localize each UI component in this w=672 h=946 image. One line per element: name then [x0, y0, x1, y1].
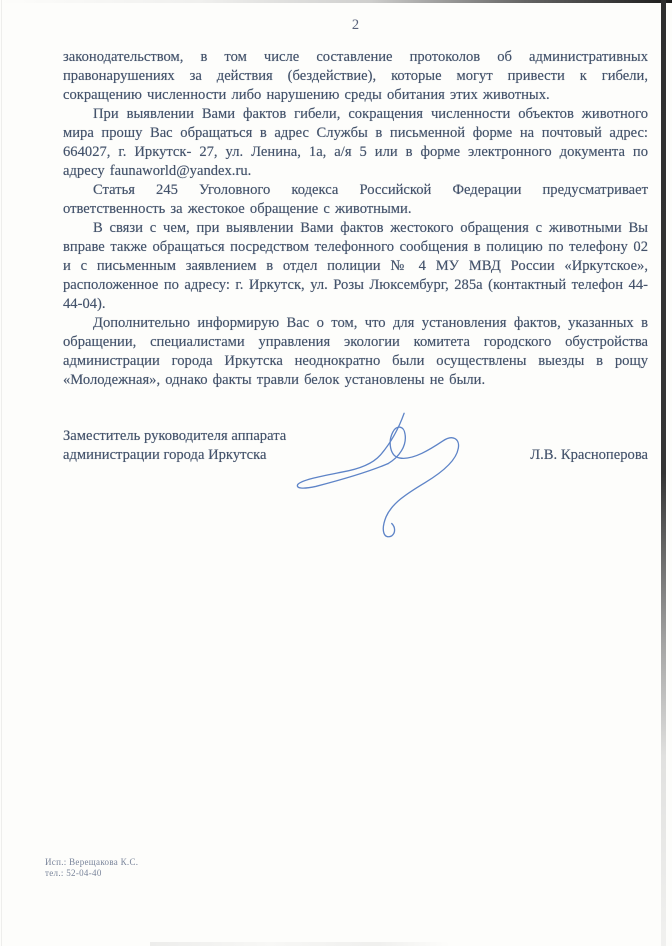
scan-edge-right	[661, 0, 666, 946]
executor-name: Исп.: Верещакова К.С.	[45, 857, 138, 868]
scan-edge-left	[1, 0, 2, 946]
executor-note: Исп.: Верещакова К.С. тел.: 52-04-40	[45, 857, 138, 879]
body-paragraph: Дополнительно информирую Вас о том, что …	[63, 314, 648, 390]
handwritten-signature	[292, 406, 482, 546]
letter-body: законодательством, в том числе составлен…	[63, 48, 648, 390]
signer-position-line: администрации города Иркутска	[63, 446, 286, 465]
scanned-letter-page: 2 законодательством, в том числе составл…	[0, 0, 672, 946]
scan-edge-top	[0, 0, 672, 3]
signer-position-line: Заместитель руководителя аппарата	[63, 427, 286, 446]
body-paragraph: В связи с чем, при выявлении Вами фактов…	[63, 219, 648, 314]
body-paragraph: Статья 245 Уголовного кодекса Российской…	[63, 181, 648, 219]
page-number: 2	[63, 17, 648, 34]
scan-smudge-bottom	[150, 942, 450, 946]
executor-phone: тел.: 52-04-40	[45, 868, 138, 879]
signer-position-title: Заместитель руководителя аппарата админи…	[63, 427, 286, 465]
signer-name: Л.В. Красноперова	[530, 446, 648, 465]
body-paragraph: законодательством, в том числе составлен…	[63, 48, 648, 105]
body-paragraph: При выявлении Вами фактов гибели, сокращ…	[63, 105, 648, 181]
